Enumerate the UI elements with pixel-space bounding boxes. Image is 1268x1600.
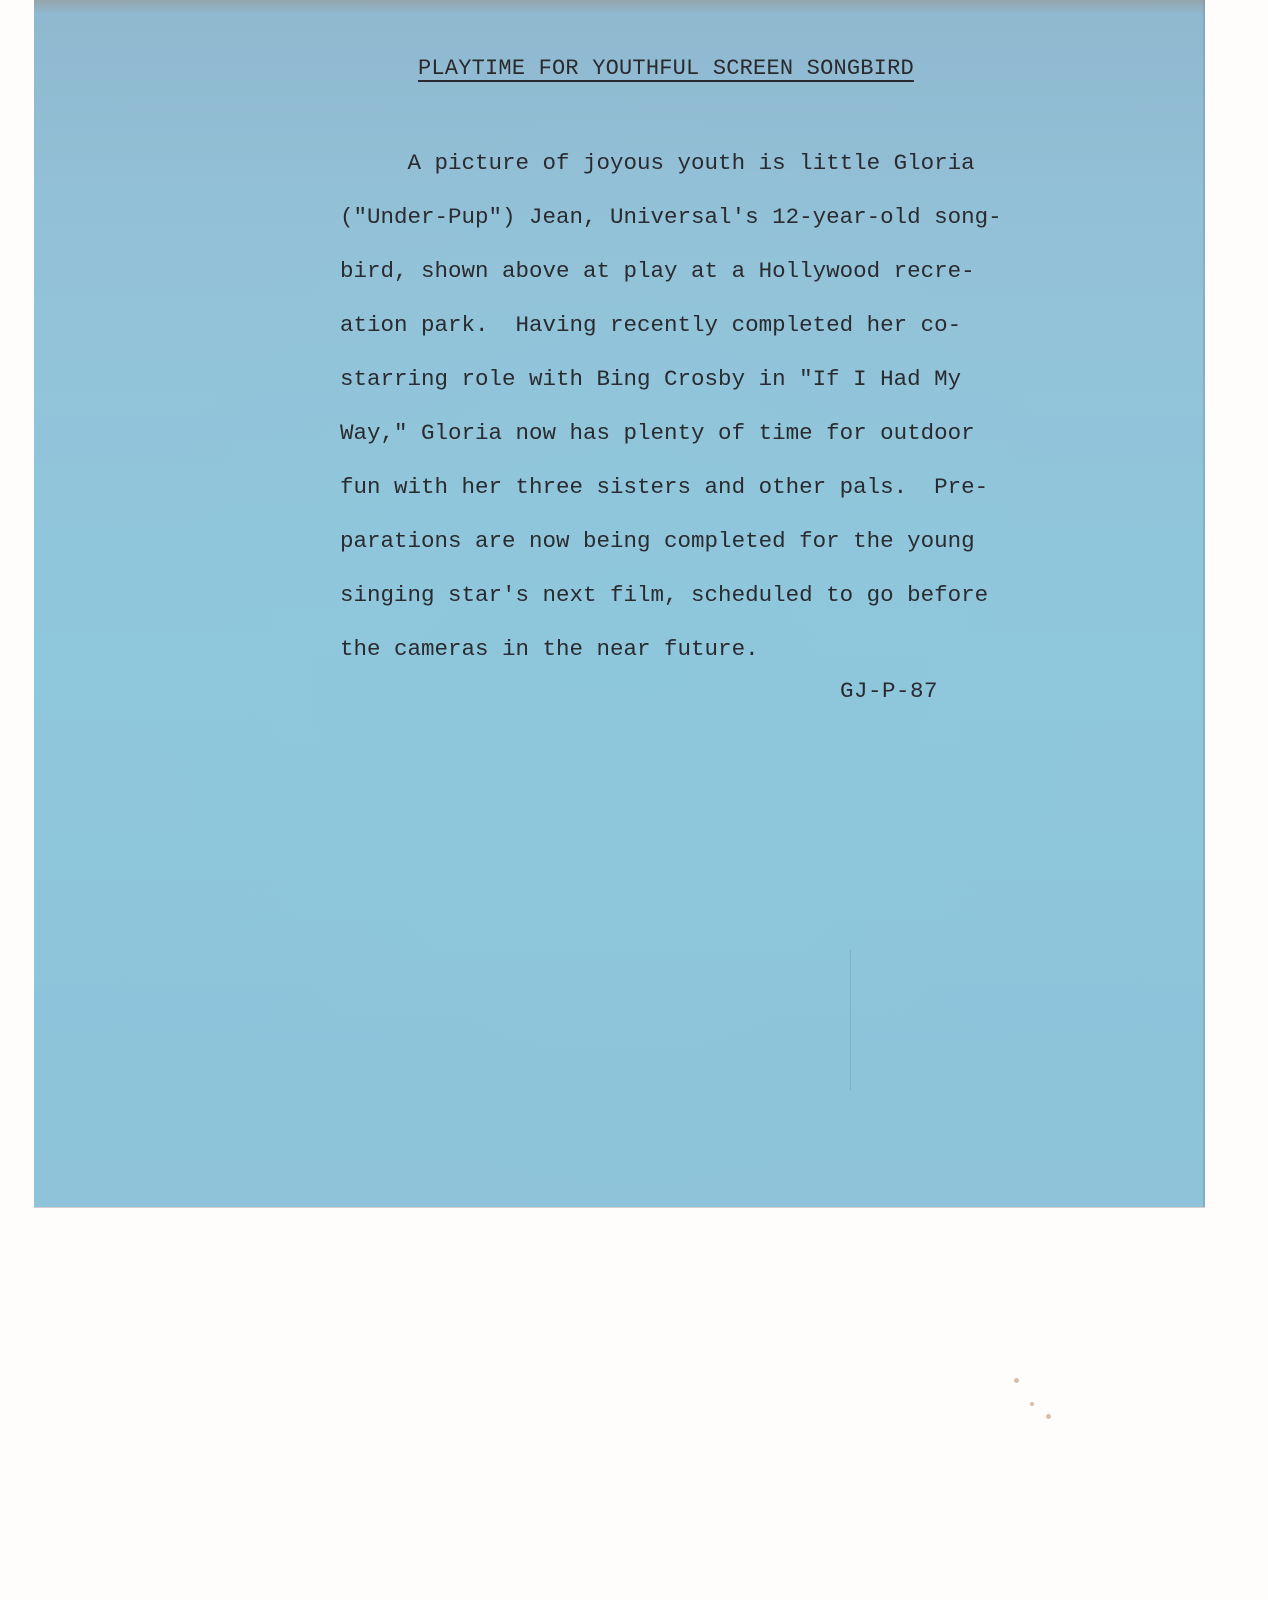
paper-speck — [1030, 1402, 1034, 1406]
document-title: PLAYTIME FOR YOUTHFUL SCREEN SONGBIRD — [418, 56, 914, 81]
body-line: singing star's next film, scheduled to g… — [340, 568, 1120, 622]
body-paragraph: A picture of joyous youth is little Glor… — [340, 136, 1120, 676]
reference-code: GJ-P-87 — [840, 678, 938, 704]
body-line: ation park. Having recently completed he… — [340, 298, 1120, 352]
body-line: fun with her three sisters and other pal… — [340, 460, 1120, 514]
body-line: ("Under-Pup") Jean, Universal's 12-year-… — [340, 190, 1120, 244]
paper-speck — [1046, 1414, 1051, 1419]
body-line: A picture of joyous youth is little Glor… — [340, 136, 1120, 190]
paper-crease — [850, 950, 851, 1090]
body-line: Way," Gloria now has plenty of time for … — [340, 406, 1120, 460]
blue-press-sheet: PLAYTIME FOR YOUTHFUL SCREEN SONGBIRD A … — [34, 0, 1205, 1207]
paper-speck — [1014, 1378, 1019, 1383]
body-line: bird, shown above at play at a Hollywood… — [340, 244, 1120, 298]
body-line: parations are now being completed for th… — [340, 514, 1120, 568]
body-line: starring role with Bing Crosby in "If I … — [340, 352, 1120, 406]
body-line: the cameras in the near future. — [340, 622, 1120, 676]
